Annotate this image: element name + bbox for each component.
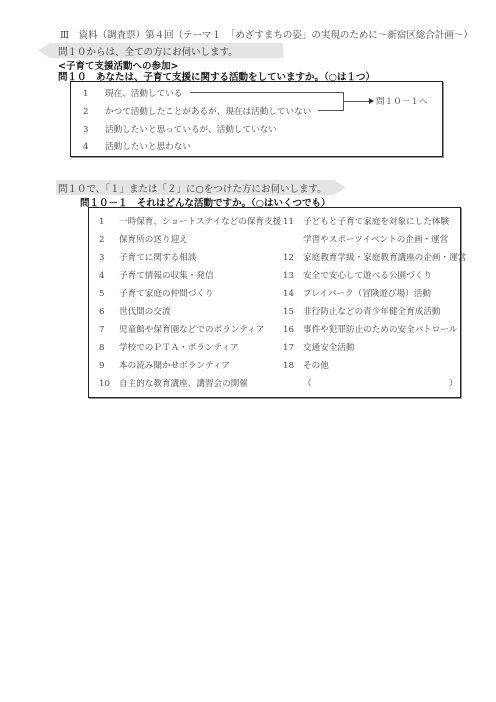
bracket-line-option-1 <box>190 92 343 93</box>
option-q10-1-8[interactable]: 8学校でのＰＴＡ・ボランティア <box>99 341 239 353</box>
option-q10-1-13[interactable]: 13安全で安心して遊べる公園づくり <box>283 269 432 281</box>
option-q10-1-12[interactable]: 12家庭教育学級・家庭教育講座の企画・運営 <box>283 251 466 263</box>
option-q10-1-16[interactable]: 16事件や犯罪防止のための安全パトロール <box>283 323 457 335</box>
option-q10-1-3[interactable]: 3子育てに関する相談 <box>99 251 196 263</box>
option-q10-1[interactable]: 1現在、活動している <box>83 87 182 99</box>
option-q10-1-18[interactable]: 18その他 <box>283 359 329 371</box>
bracket-line-option-2 <box>318 110 343 111</box>
other-text-field[interactable] <box>315 376 445 390</box>
option-q10-1-5[interactable]: 5子育て家庭の仲間づくり <box>99 287 214 299</box>
option-q10-1-4[interactable]: 4子育て情報の収集・発信 <box>99 269 214 281</box>
option-q10-1-17[interactable]: 17交通安全活動 <box>283 341 355 353</box>
option-q10-1-11-cont: 学習やスポーツイベントの企画・運営 <box>283 233 448 245</box>
option-q10-1-11[interactable]: 11子どもと子育て家庭を対象にした体験 <box>283 215 449 227</box>
option-q10-1-15[interactable]: 15非行防止などの青少年健全育成活動 <box>283 305 441 317</box>
question-10-1-options-box: 1一時保育、ショートステイなどの保育支援 2保育所の送り迎え 3子育てに関する相… <box>88 207 461 398</box>
other-close-paren: ） <box>449 377 458 389</box>
option-q10-1-2[interactable]: 2保育所の送り迎え <box>99 233 188 245</box>
option-q10-1-1[interactable]: 1一時保育、ショートステイなどの保育支援 <box>99 215 281 227</box>
option-q10-4[interactable]: 4活動したいと思わない <box>83 140 191 152</box>
option-q10-1-6[interactable]: 6世代間の交流 <box>99 305 171 317</box>
option-q10-1-9[interactable]: 9本の読み聞かせボランティア <box>99 359 230 371</box>
other-open-paren: （ <box>303 377 312 389</box>
arrow-line <box>343 101 370 102</box>
instruction-banner-conditional-text: 問１０で、「１」または「２」に○をつけた方にお伺いします。 <box>58 181 327 195</box>
option-q10-1-14[interactable]: 14プレイパーク（冒険遊び場）活動 <box>283 287 431 299</box>
arrow-right-icon <box>369 98 374 104</box>
goto-question-10-1: 問１０－１へ <box>376 95 428 107</box>
option-q10-2[interactable]: 2かつて活動したことがあるが、現在は活動していない <box>83 105 311 117</box>
option-q10-1-7[interactable]: 7児童館や保育園などでのボランティア <box>99 323 264 335</box>
instruction-banner-all-text: 問１０からは、全ての方にお伺いします。 <box>58 44 238 58</box>
option-q10-1-10[interactable]: 10自主的な教育講座、講習会の開催 <box>99 377 248 389</box>
option-q10-3[interactable]: 3活動したいと思っているが、活動していない <box>83 123 277 135</box>
document-header: Ⅲ 資料（調査票）第４回（テーマ１ 「めざすまちの姿」の実現のために～新宿区総合… <box>60 27 473 41</box>
